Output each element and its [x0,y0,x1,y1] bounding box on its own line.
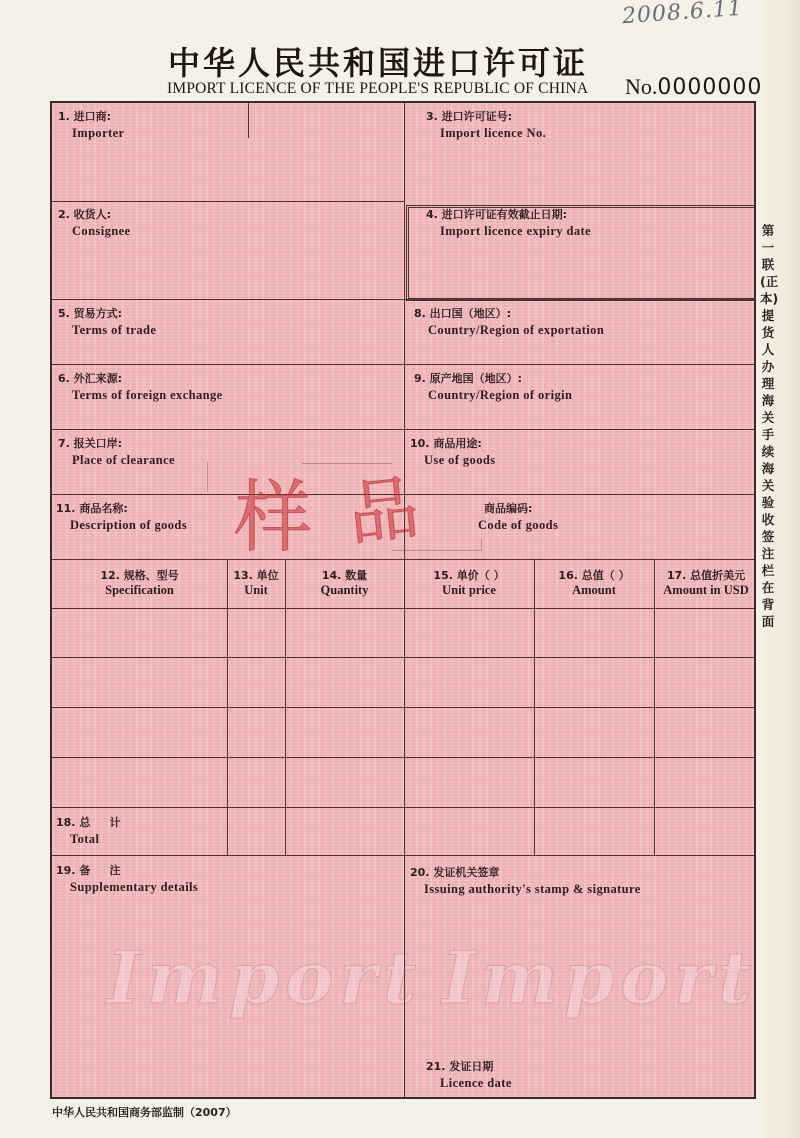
licence-number: No.0000000 [625,74,762,100]
title-chinese: 中华人民共和国进口许可证 [168,38,588,84]
field-country-of-exportation[interactable]: 8. 出口国（地区）: Country/Region of exportatio… [414,306,604,338]
col-header-unit-price: 15. 单价（ ） Unit price [404,567,534,598]
stamp-frame-left [207,462,209,492]
col-header-unit: 13. 单位 Unit [227,567,285,598]
licence-number-prefix: No. [625,74,657,99]
field-importer[interactable]: 1. 进口商: Importer [58,109,125,141]
field-consignee[interactable]: 2. 收货人: Consignee [58,207,130,239]
field-total[interactable]: 18. 总 计 Total [56,815,120,847]
field-import-licence-no[interactable]: 3. 进口许可证号: Import licence No. [426,109,546,141]
field-expiry-date[interactable]: 4. 进口许可证有效截止日期: Import licence expiry da… [426,207,591,239]
goods-row-4[interactable] [52,758,756,806]
field-country-of-origin[interactable]: 9. 原产地国（地区）: Country/Region of origin [414,371,572,403]
handwritten-date: 2008.6.11 [621,0,743,29]
field-terms-of-trade[interactable]: 5. 贸易方式: Terms of trade [58,306,156,338]
col-header-amount: 16. 总值（ ） Amount [534,567,654,598]
sample-stamp-char-2: 品 [343,452,423,560]
licence-number-digits: 0000000 [657,75,762,100]
goods-row-1[interactable] [52,609,756,657]
field-code-of-goods[interactable]: 商品编码: Code of goods [470,501,558,533]
col-header-specification: 12. 规格、型号 Specification [52,567,227,598]
field-issuing-authority[interactable]: 20. 发证机关签章 Issuing authority's stamp & s… [410,865,641,897]
goods-row-2[interactable] [52,658,756,706]
watermark-right: Import [442,935,756,1020]
field-supplementary-details[interactable]: 19. 备 注 Supplementary details [56,863,198,895]
sample-stamp-char-1: 样 [234,455,312,567]
copy-side-note: 第一联(正本)提货人办理海关手续 海关验收签注栏在背面 [760,222,776,630]
field-licence-date[interactable]: 21. 发证日期 Licence date [426,1059,512,1091]
col-header-quantity: 14. 数量 Quantity [285,567,404,598]
watermark-left: Import [107,935,422,1020]
field-use-of-goods[interactable]: 10. 商品用途: Use of goods [410,436,495,468]
title-english: IMPORT LICENCE OF THE PEOPLE'S REPUBLIC … [167,80,588,98]
field-place-of-clearance[interactable]: 7. 报关口岸: Place of clearance [58,436,175,468]
col-header-amount-usd: 17. 总值折美元 Amount in USD [654,567,756,598]
goods-row-3[interactable] [52,708,756,756]
licence-form: Import Import 1. 进口商: Importer 3. 进口许可证号… [50,101,756,1099]
field-description-of-goods[interactable]: 11. 商品名称: Description of goods [56,501,187,533]
field-foreign-exchange[interactable]: 6. 外汇来源: Terms of foreign exchange [58,371,223,403]
footer-issuer: 中华人民共和国商务部监制（2007） [52,1104,237,1120]
